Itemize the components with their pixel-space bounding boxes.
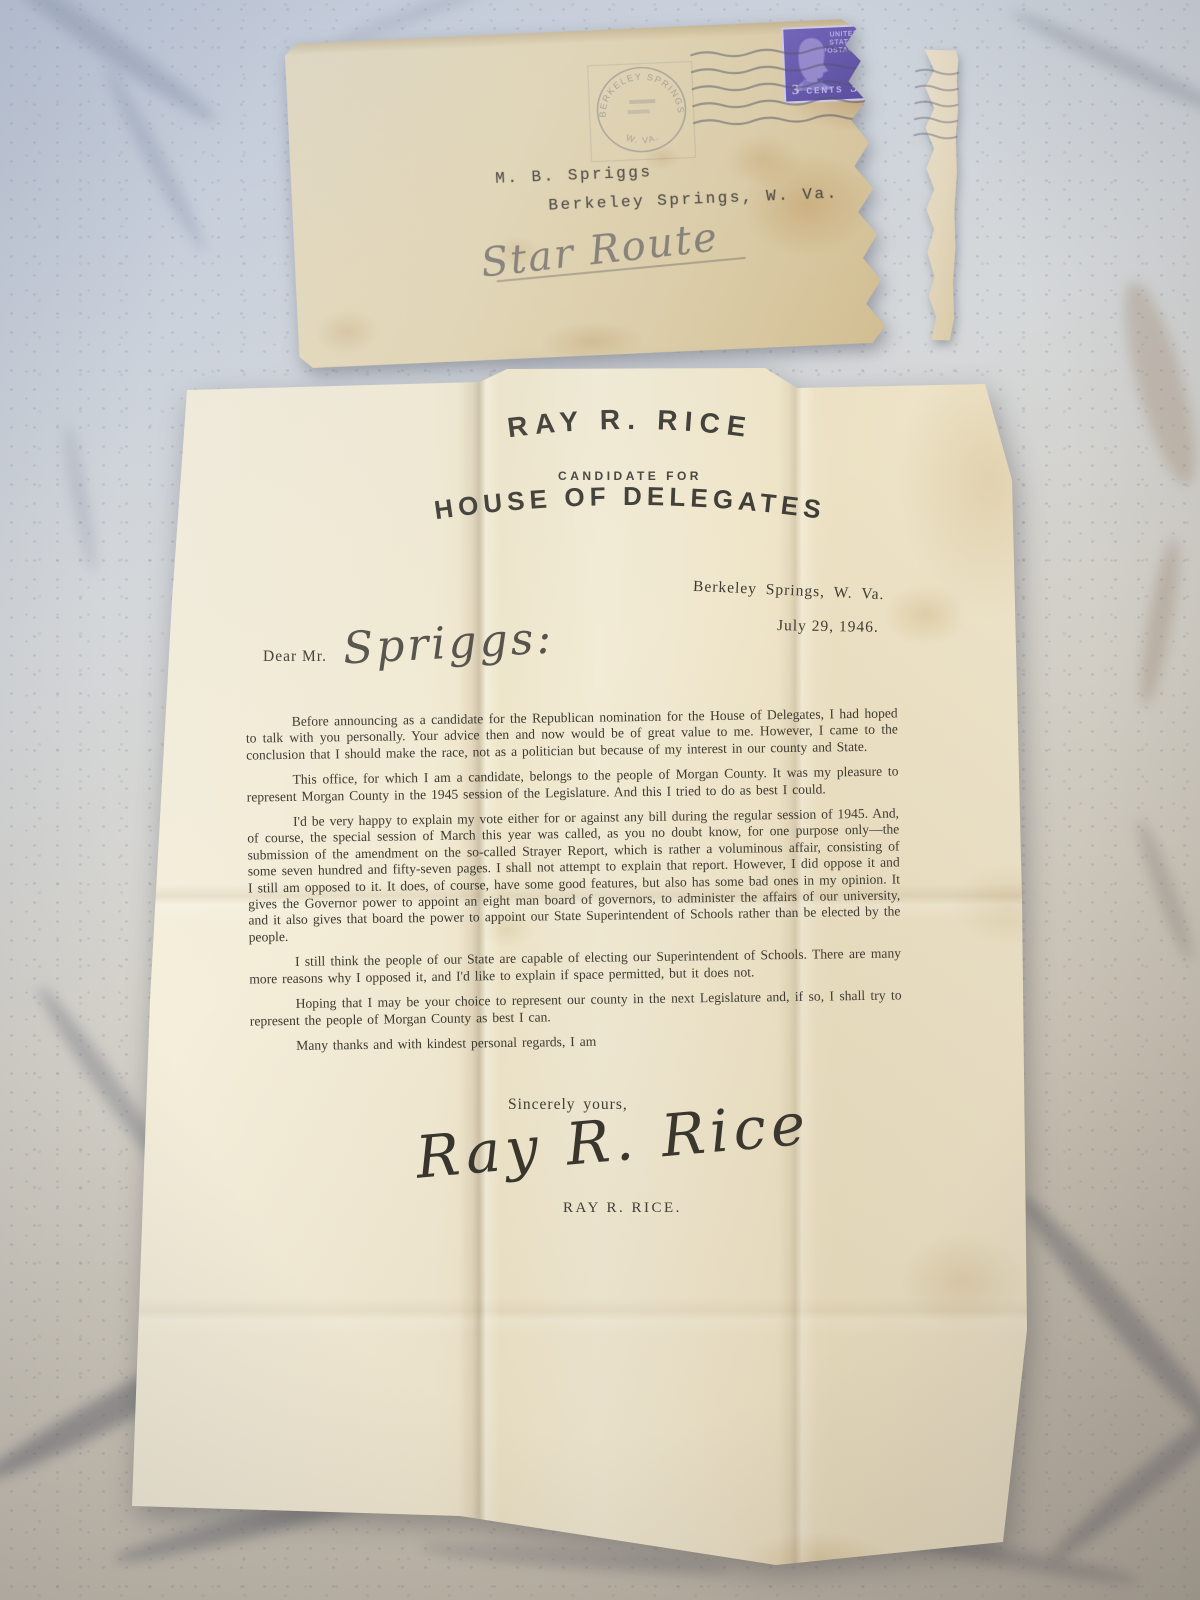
- torn-strip-cancellation-lines: [913, 65, 959, 149]
- letter-paragraph: This office, for which I am a candidate,…: [246, 764, 898, 806]
- cancellation-wavy-lines: [690, 39, 894, 143]
- letterhead-office: HOUSE OF DELEGATES: [432, 481, 827, 525]
- handwritten-signature: Ray R. Rice: [413, 1080, 917, 1191]
- letterhead: RAY R. RICE CANDIDATE FOR HOUSE OF DELEG…: [420, 398, 840, 548]
- letter-paragraph: I'd be very happy to explain my vote eit…: [247, 805, 901, 945]
- letter-paragraph: Hoping that I may be your choice to repr…: [250, 988, 902, 1030]
- envelope-address: M. B. Spriggs Berkeley Springs, W. Va.: [495, 155, 839, 216]
- unfolded-letter: RAY R. RICE CANDIDATE FOR HOUSE OF DELEG…: [125, 360, 1035, 1572]
- postmark-state: W. VA.: [624, 131, 661, 146]
- envelope-paper: BERKELEY SPRINGS W. VA. UNITED STATES PO…: [281, 18, 890, 371]
- torn-envelope-strip: [904, 49, 964, 340]
- letter-paper: RAY R. RICE CANDIDATE FOR HOUSE OF DELEG…: [125, 360, 1035, 1572]
- letter-paragraph: Before announcing as a candidate for the…: [246, 705, 899, 763]
- handwritten-star-route: Star Route: [479, 214, 722, 286]
- letter-place: Berkeley Springs, W. Va.: [693, 578, 885, 604]
- envelope: BERKELEY SPRINGS W. VA. UNITED STATES PO…: [281, 18, 890, 371]
- postmark-date-smudge: [628, 109, 650, 114]
- salutation-typed: Dear Mr.: [263, 648, 327, 666]
- letter-body: Before announcing as a candidate for the…: [246, 705, 903, 1063]
- svg-text:RAY R. RICE: RAY R. RICE: [506, 404, 755, 443]
- postmark-stamp-circle: BERKELEY SPRINGS W. VA.: [585, 49, 698, 165]
- address-line-2: Berkeley Springs, W. Va.: [548, 184, 839, 214]
- letter-paragraph: Many thanks and with kindest personal re…: [250, 1029, 902, 1055]
- photo-of-campaign-letter: BERKELEY SPRINGS W. VA. UNITED STATES PO…: [0, 0, 1200, 1600]
- svg-text:HOUSE OF DELEGATES: HOUSE OF DELEGATES: [432, 481, 827, 525]
- letterhead-name: RAY R. RICE: [506, 404, 755, 443]
- typed-signature-name: RAY R. RICE.: [563, 1200, 682, 1217]
- postmark-date-smudge: [629, 99, 655, 104]
- letterhead-subtitle: CANDIDATE FOR: [558, 469, 702, 483]
- letter-paragraph: I still think the people of our State ar…: [249, 946, 901, 988]
- svg-text:W. VA.: W. VA.: [624, 131, 661, 146]
- letter-date: July 29, 1946.: [777, 617, 879, 637]
- salutation-handwritten-name: Spriggs:: [342, 613, 556, 675]
